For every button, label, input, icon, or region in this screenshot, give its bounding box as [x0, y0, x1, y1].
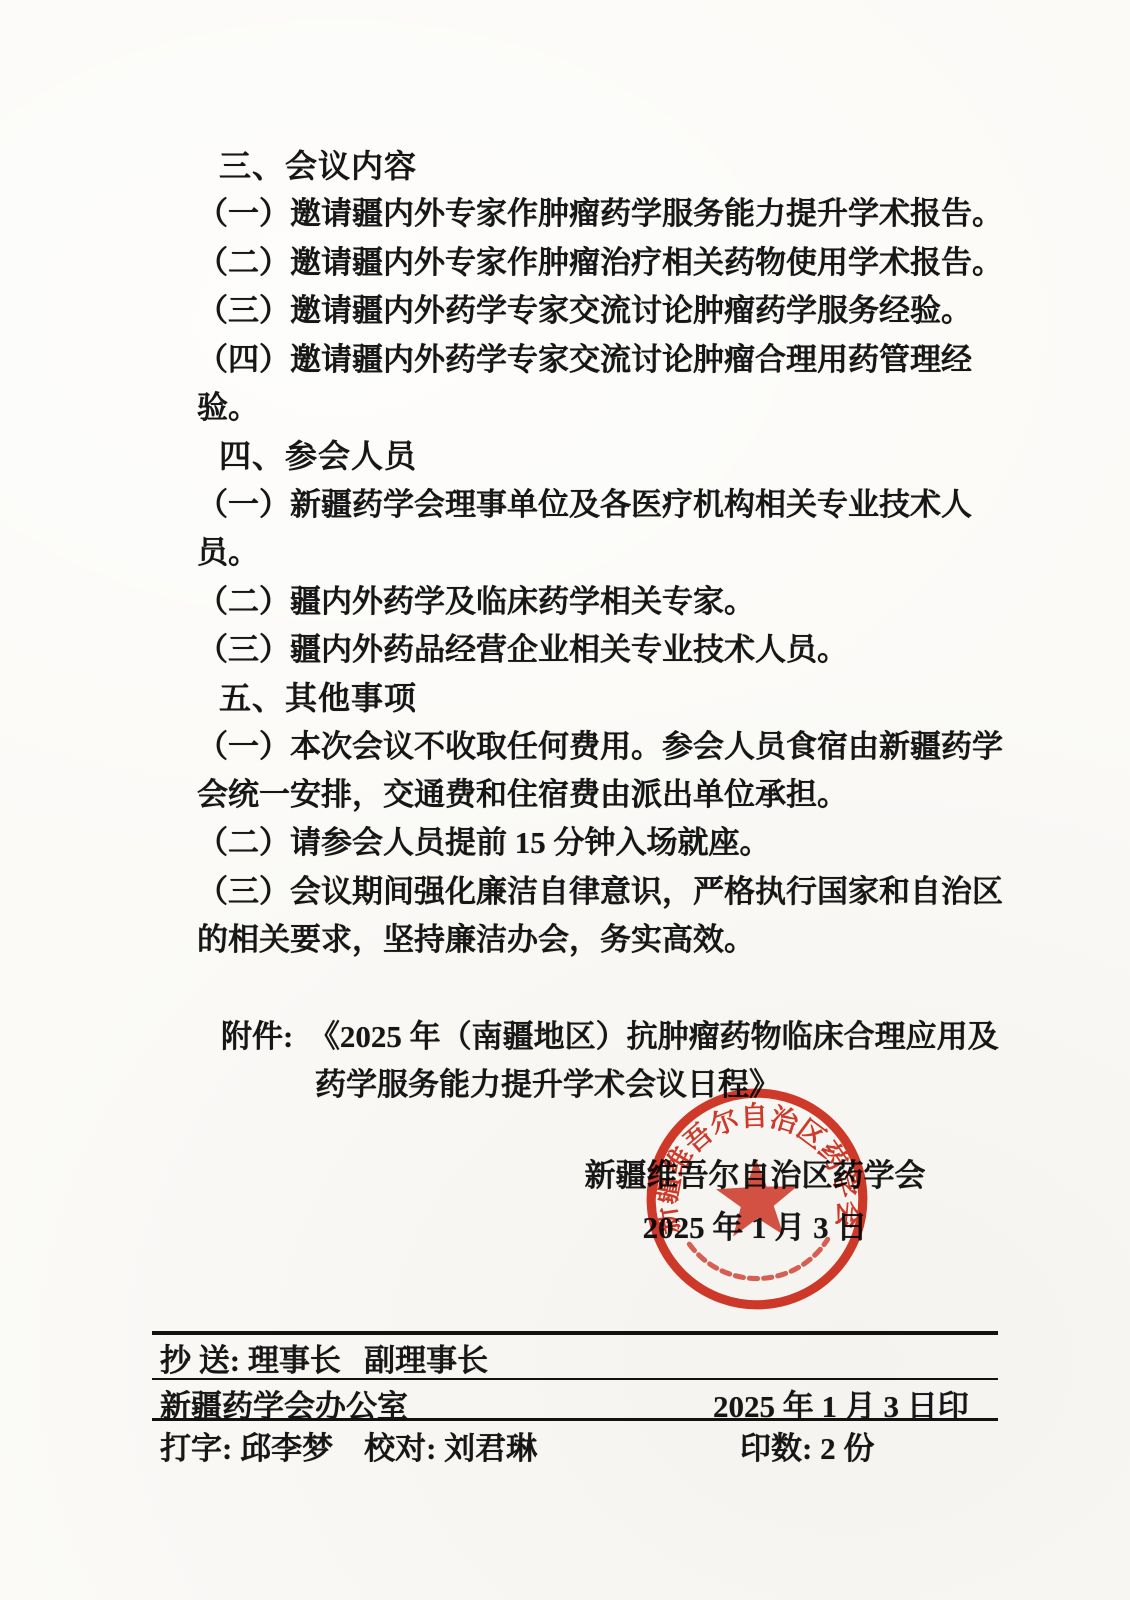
document-line	[197, 965, 1027, 1013]
star-icon	[715, 1157, 799, 1237]
document-line: （三）邀请疆内外药学专家交流讨论肿瘤药学服务经验。	[197, 287, 1027, 335]
document-line: （二）邀请疆内外专家作肿瘤治疗相关药物使用学术报告。	[197, 239, 1027, 287]
document-line: 验。	[197, 384, 1027, 432]
footer-copies: 印数: 2 份	[740, 1431, 874, 1467]
document-line: 附件: 《2025 年（南疆地区）抗肿瘤药物临床合理应用及	[197, 1013, 1027, 1061]
document-line: （三）会议期间强化廉洁自律意识，严格执行国家和自治区	[197, 868, 1027, 916]
document-line: （二）请参会人员提前 15 分钟入场就座。	[197, 819, 1027, 867]
document-line: 员。	[197, 529, 1027, 577]
document-page: 三、会议内容（一）邀请疆内外专家作肿瘤药学服务能力提升学术报告。（二）邀请疆内外…	[0, 0, 1130, 1600]
document-line: 药学服务能力提升学术会议日程》	[197, 1061, 1027, 1109]
document-line: （一）邀请疆内外专家作肿瘤药学服务能力提升学术报告。	[197, 190, 1027, 238]
footer-top-rule	[152, 1331, 998, 1335]
document-line: （一）本次会议不收取任何费用。参会人员食宿由新疆药学	[197, 723, 1027, 771]
document-line: 三、会议内容	[197, 142, 1027, 190]
document-line: （四）邀请疆内外药学专家交流讨论肿瘤合理用药管理经	[197, 336, 1027, 384]
document-line: 会统一安排，交通费和住宿费由派出单位承担。	[197, 771, 1027, 819]
document-line: 五、其他事项	[197, 674, 1027, 722]
footer-print-date: 2025 年 1 月 3 日印	[713, 1389, 969, 1425]
document-line: （一）新疆药学会理事单位及各医疗机构相关专业技术人	[197, 481, 1027, 529]
document-body: 三、会议内容（一）邀请疆内外专家作肿瘤药学服务能力提升学术报告。（二）邀请疆内外…	[197, 142, 1027, 1110]
footer-cc: 抄 送: 理事长 副理事长	[160, 1343, 488, 1379]
footer-office: 新疆药学会办公室	[160, 1389, 408, 1425]
document-line: （三）疆内外药品经营企业相关专业技术人员。	[197, 626, 1027, 674]
document-line: （二）疆内外药学及临床药学相关专家。	[197, 578, 1027, 626]
footer-typist-proofreader: 打字: 邱李梦 校对: 刘君琳	[160, 1431, 537, 1467]
document-line: 的相关要求，坚持廉洁办会，务实高效。	[197, 916, 1027, 964]
document-line: 四、参会人员	[197, 432, 1027, 480]
seal-bottom-script	[689, 1239, 829, 1281]
official-seal: 新疆维吾尔自治区药学会	[637, 1079, 877, 1319]
